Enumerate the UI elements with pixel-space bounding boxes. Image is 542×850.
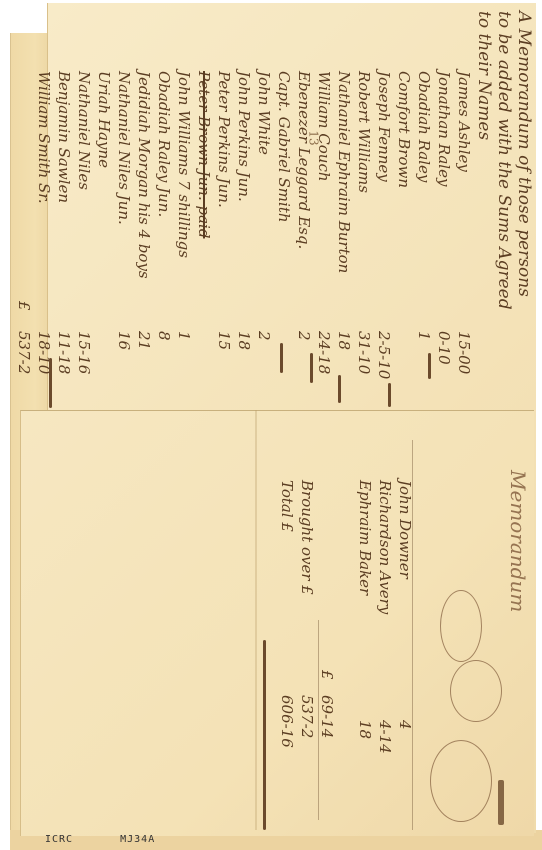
entry-row: Comfort Brown bbox=[394, 71, 414, 310]
entry-row: James Ashley15-00 bbox=[454, 71, 474, 310]
heading-line-2: to be added with the Sums Agreed bbox=[494, 11, 514, 310]
total-row: Total £606-16 bbox=[277, 480, 297, 614]
archive-code-1: ICRC bbox=[45, 834, 73, 845]
flourish-loop bbox=[440, 590, 482, 662]
entry-row: John Perkins Jun.18 bbox=[234, 71, 254, 310]
entry-row: Nathaniel Niles15-16 bbox=[74, 71, 94, 310]
ink-stroke bbox=[280, 343, 283, 373]
ink-stroke bbox=[428, 353, 431, 379]
ruling-line bbox=[318, 620, 319, 820]
entry-row: John White2 bbox=[254, 71, 274, 310]
entry-row: Ephraim Baker18 bbox=[355, 480, 375, 614]
entry-row: Nathaniel Niles Jun.16 bbox=[114, 71, 134, 310]
entry-row: Jedidiah Morgan his 4 boys21 bbox=[134, 71, 154, 310]
ink-stroke bbox=[310, 353, 313, 383]
section-total-row: £69-14 bbox=[317, 480, 337, 614]
ink-stroke bbox=[338, 375, 341, 403]
ledger-second-column: John Downer4 Richardson Avery4-14 Ephrai… bbox=[277, 480, 415, 614]
fold-crease bbox=[255, 410, 257, 830]
entry-row: William Smith Sr.18-10 bbox=[34, 71, 54, 310]
subtotal-row: £537-2 bbox=[14, 71, 34, 310]
flourish-loop bbox=[450, 660, 502, 722]
entry-row: Joseph Fenney2-5-10 bbox=[374, 71, 394, 310]
struck-entry-row: Peter Brown Jun. paid bbox=[194, 71, 214, 310]
entry-row: William Couch24-18 bbox=[314, 71, 334, 310]
heading-line-1: A Memorandum of those persons bbox=[514, 11, 534, 310]
entry-row: Peter Perkins Jun.15 bbox=[214, 71, 234, 310]
ledger-upper: A Memorandum of those persons to be adde… bbox=[14, 11, 534, 310]
entry-row: Jonathan Raley0-10 bbox=[434, 71, 454, 310]
brought-over-row: Brought over £537-2 bbox=[297, 480, 317, 614]
ink-blot bbox=[498, 780, 504, 825]
entry-row: Richardson Avery4-14 bbox=[375, 480, 395, 614]
heading-line-3: to their Names bbox=[474, 11, 494, 310]
ruling-line bbox=[412, 440, 413, 830]
archive-label: ICRC MJ34A bbox=[45, 834, 195, 845]
entry-row: Obadiah Raley1 bbox=[414, 71, 434, 310]
ink-stroke bbox=[49, 358, 52, 408]
entry-row: Uriah Hayne bbox=[94, 71, 114, 310]
ink-bracket-stroke bbox=[263, 640, 266, 830]
entry-row: Capt. Gabriel Smith bbox=[274, 71, 294, 310]
entry-row: Benjamin Sawlen11-18 bbox=[54, 71, 74, 310]
entry-row: Robert Williams31-10 bbox=[354, 71, 374, 310]
entry-row: Obadiah Raley Jun.8 bbox=[154, 71, 174, 310]
entry-row: Ebenezer Leggard Esq.2 bbox=[294, 71, 314, 310]
entry-row: John Williams 7 shillings1 bbox=[174, 71, 194, 310]
entry-row: Nathaniel Ephraim Burton18 bbox=[334, 71, 354, 310]
ink-stroke bbox=[388, 383, 391, 407]
margin-flourish-text: Memorandum bbox=[506, 470, 530, 612]
archive-code-2: MJ34A bbox=[120, 834, 155, 845]
flourish-loop bbox=[430, 740, 492, 822]
